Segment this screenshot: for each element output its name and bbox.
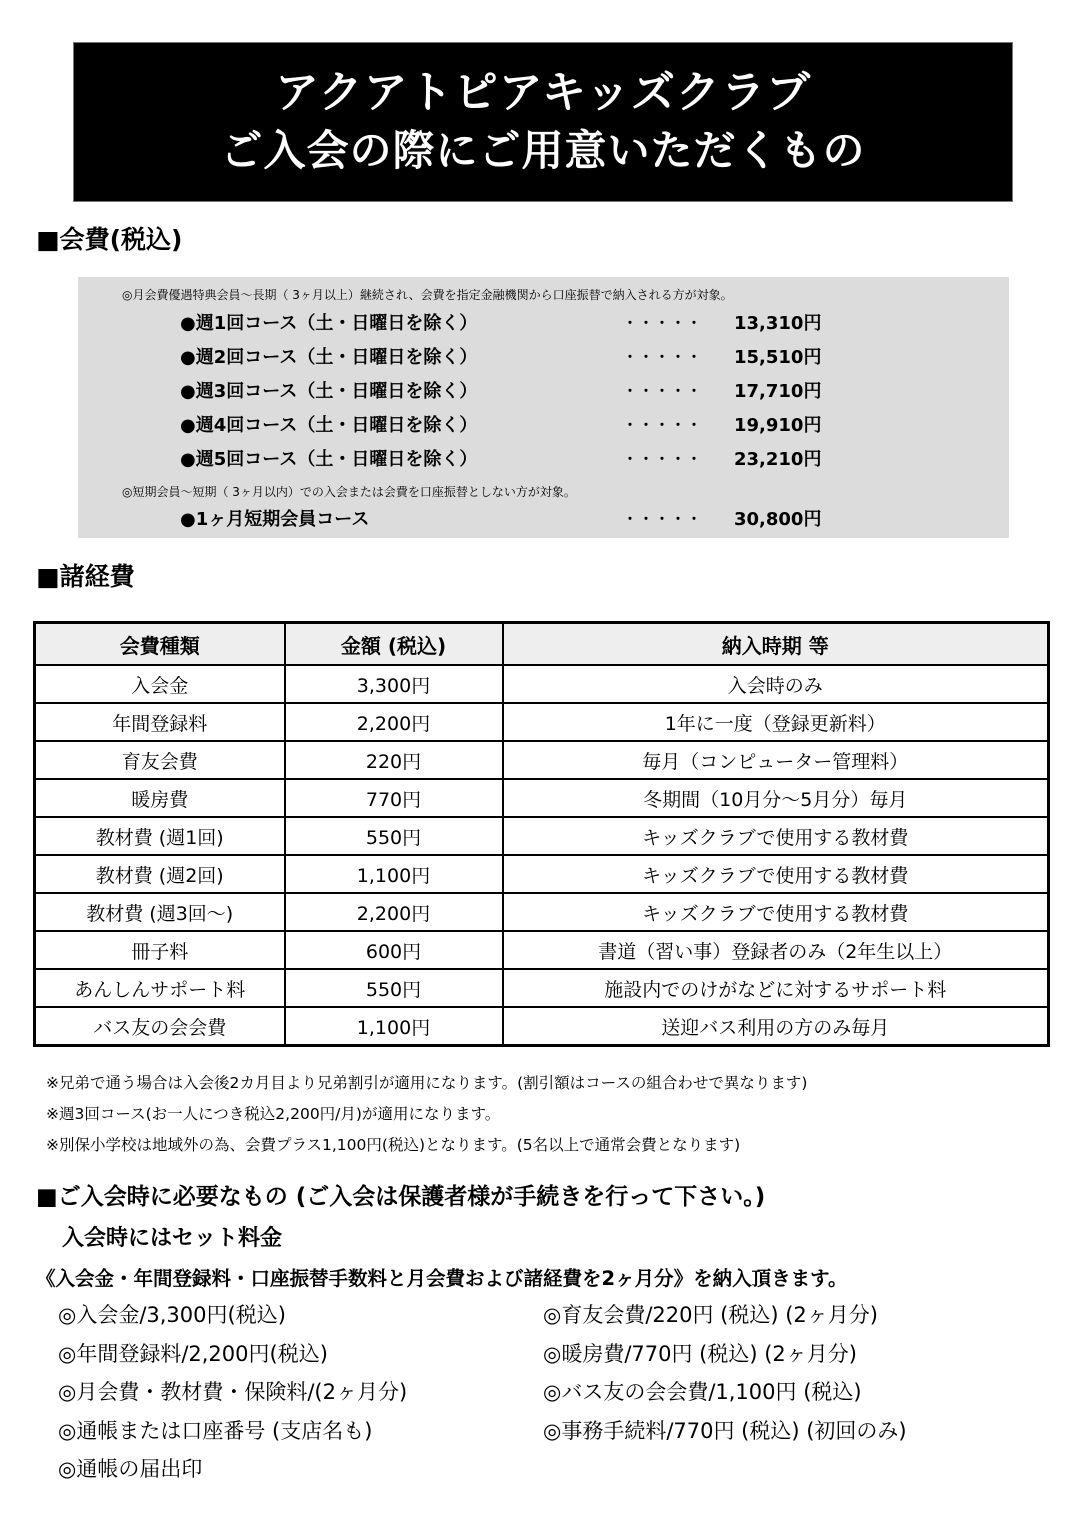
fee-type-cell: 育友会費	[35, 741, 285, 779]
table-row: あんしんサポート料 550円 施設内でのけがなどに対するサポート料	[35, 969, 1049, 1007]
payment-timing-cell: 送迎バス利用の方のみ毎月	[503, 1007, 1049, 1046]
amount-cell: 1,100円	[285, 855, 503, 893]
table-row: 年間登録料 2,200円 1年に一度（登録更新料）	[35, 703, 1049, 741]
title-banner: アクアトピアキッズクラブ ご入会の際にご用意いただくもの	[73, 42, 1013, 202]
amount-cell: 2,200円	[285, 893, 503, 931]
table-row: バス友の会会費 1,100円 送迎バス利用の方のみ毎月	[35, 1007, 1049, 1046]
course-price: 13,310円	[734, 309, 821, 339]
footnote: ※兄弟で通う場合は入会後2カ月目より兄弟割引が適用になります。(割引額はコースの…	[46, 1068, 807, 1099]
course-name: ●週1回コース（土・日曜日を除く）	[180, 309, 477, 339]
course-name: ●週5回コース（土・日曜日を除く）	[180, 445, 477, 475]
fee-type-cell: 冊子料	[35, 931, 285, 969]
amount-cell: 550円	[285, 969, 503, 1007]
amount-cell: 770円	[285, 779, 503, 817]
fee-row: ●週1回コース（土・日曜日を除く） ・・・・・ 13,310円	[78, 309, 1009, 339]
fee-type-cell: 教材費 (週3回～)	[35, 893, 285, 931]
long-term-note: ◎月会費優遇特典会員～長期（ 3ヶ月以上）継続され、会費を指定金融機関から口座振…	[122, 287, 733, 303]
requirement-item: ◎バス友の会会費/1,100円 (税込)	[543, 1373, 907, 1412]
table-row: 教材費 (週2回) 1,100円 キッズクラブで使用する教材費	[35, 855, 1049, 893]
course-price: 17,710円	[734, 377, 821, 407]
table-row: 冊子料 600円 書道（習い事）登録者のみ（2年生以上）	[35, 931, 1049, 969]
leader-dots: ・・・・・	[623, 411, 703, 441]
payment-timing-cell: 冬期間（10月分～5月分）毎月	[503, 779, 1049, 817]
requirement-item: ◎通帳または口座番号 (支店名も)	[58, 1412, 407, 1451]
fee-type-cell: 暖房費	[35, 779, 285, 817]
requirement-item: ◎入会金/3,300円(税込)	[58, 1296, 407, 1335]
payment-timing-cell: キッズクラブで使用する教材費	[503, 893, 1049, 931]
fee-row-short-term: ●1ヶ月短期会員コース ・・・・・ 30,800円	[78, 505, 1009, 535]
course-name: ●週4回コース（土・日曜日を除く）	[180, 411, 477, 441]
column-header: 会費種類	[35, 623, 285, 666]
amount-cell: 550円	[285, 817, 503, 855]
fee-type-cell: 年間登録料	[35, 703, 285, 741]
table-row: 入会金 3,300円 入会時のみ	[35, 665, 1049, 703]
fee-type-cell: あんしんサポート料	[35, 969, 285, 1007]
leader-dots: ・・・・・	[623, 343, 703, 373]
payment-timing-cell: 入会時のみ	[503, 665, 1049, 703]
requirements-list-left: ◎入会金/3,300円(税込) ◎年間登録料/2,200円(税込) ◎月会費・教…	[58, 1296, 407, 1489]
payment-timing-cell: 1年に一度（登録更新料）	[503, 703, 1049, 741]
course-price: 19,910円	[734, 411, 821, 441]
leader-dots: ・・・・・	[623, 445, 703, 475]
footnote: ※週3回コース(お一人につき税込2,200円/月)が適用になります。	[46, 1099, 807, 1130]
course-price: 15,510円	[734, 343, 821, 373]
column-header: 金額 (税込)	[285, 623, 503, 666]
requirement-item: ◎育友会費/220円 (税込) (2ヶ月分)	[543, 1296, 907, 1335]
leader-dots: ・・・・・	[623, 309, 703, 339]
leader-dots: ・・・・・	[623, 377, 703, 407]
course-name: ●1ヶ月短期会員コース	[180, 505, 369, 535]
set-fee-description: 《入会金・年間登録料・口座振替手数料と月会費および諸経費を2ヶ月分》を納入頂きま…	[36, 1264, 848, 1294]
membership-fees-heading: ■会費(税込)	[36, 224, 182, 256]
requirements-list-right: ◎育友会費/220円 (税込) (2ヶ月分) ◎暖房費/770円 (税込) (2…	[543, 1296, 907, 1450]
membership-fees-box: ◎月会費優遇特典会員～長期（ 3ヶ月以上）継続され、会費を指定金融機関から口座振…	[78, 277, 1009, 538]
fee-row: ●週5回コース（土・日曜日を除く） ・・・・・ 23,210円	[78, 445, 1009, 475]
club-name: アクアトピアキッズクラブ	[275, 64, 811, 122]
course-name: ●週2回コース（土・日曜日を除く）	[180, 343, 477, 373]
requirements-subheading: 入会時にはセット料金	[62, 1222, 282, 1256]
requirement-item: ◎年間登録料/2,200円(税込)	[58, 1335, 407, 1374]
fee-row: ●週2回コース（土・日曜日を除く） ・・・・・ 15,510円	[78, 343, 1009, 373]
page-title: ご入会の際にご用意いただくもの	[220, 122, 865, 180]
amount-cell: 2,200円	[285, 703, 503, 741]
leader-dots: ・・・・・	[623, 505, 703, 535]
requirement-item: ◎通帳の届出印	[58, 1450, 407, 1489]
course-name: ●週3回コース（土・日曜日を除く）	[180, 377, 477, 407]
payment-timing-cell: 書道（習い事）登録者のみ（2年生以上）	[503, 931, 1049, 969]
requirements-heading: ■ご入会時に必要なもの (ご入会は保護者様が手続きを行って下さい。)	[36, 1180, 765, 1214]
expenses-heading: ■諸経費	[36, 561, 135, 593]
fee-type-cell: バス友の会会費	[35, 1007, 285, 1046]
payment-timing-cell: 施設内でのけがなどに対するサポート料	[503, 969, 1049, 1007]
requirement-item: ◎月会費・教材費・保険料/(2ヶ月分)	[58, 1373, 407, 1412]
payment-timing-cell: 毎月（コンピューター管理料）	[503, 741, 1049, 779]
fee-row: ●週3回コース（土・日曜日を除く） ・・・・・ 17,710円	[78, 377, 1009, 407]
column-header: 納入時期 等	[503, 623, 1049, 666]
table-row: 教材費 (週1回) 550円 キッズクラブで使用する教材費	[35, 817, 1049, 855]
fee-type-cell: 教材費 (週2回)	[35, 855, 285, 893]
course-price: 30,800円	[734, 505, 821, 535]
footnotes: ※兄弟で通う場合は入会後2カ月目より兄弟割引が適用になります。(割引額はコースの…	[46, 1068, 807, 1161]
requirement-item: ◎暖房費/770円 (税込) (2ヶ月分)	[543, 1335, 907, 1374]
amount-cell: 1,100円	[285, 1007, 503, 1046]
payment-timing-cell: キッズクラブで使用する教材費	[503, 855, 1049, 893]
expenses-table: 会費種類 金額 (税込) 納入時期 等 入会金 3,300円 入会時のみ 年間登…	[33, 621, 1050, 1047]
course-price: 23,210円	[734, 445, 821, 475]
table-row: 暖房費 770円 冬期間（10月分～5月分）毎月	[35, 779, 1049, 817]
fee-type-cell: 入会金	[35, 665, 285, 703]
fee-type-cell: 教材費 (週1回)	[35, 817, 285, 855]
footnote: ※別保小学校は地域外の為、会費プラス1,100円(税込)となります。(5名以上で…	[46, 1130, 807, 1161]
fee-row: ●週4回コース（土・日曜日を除く） ・・・・・ 19,910円	[78, 411, 1009, 441]
amount-cell: 600円	[285, 931, 503, 969]
table-header-row: 会費種類 金額 (税込) 納入時期 等	[35, 623, 1049, 666]
amount-cell: 220円	[285, 741, 503, 779]
short-term-note: ◎短期会員～短期（ 3ヶ月以内）での入会または会費を口座振替としない方が対象。	[122, 484, 576, 500]
payment-timing-cell: キッズクラブで使用する教材費	[503, 817, 1049, 855]
requirement-item: ◎事務手続料/770円 (税込) (初回のみ)	[543, 1412, 907, 1451]
table-row: 育友会費 220円 毎月（コンピューター管理料）	[35, 741, 1049, 779]
amount-cell: 3,300円	[285, 665, 503, 703]
table-row: 教材費 (週3回～) 2,200円 キッズクラブで使用する教材費	[35, 893, 1049, 931]
